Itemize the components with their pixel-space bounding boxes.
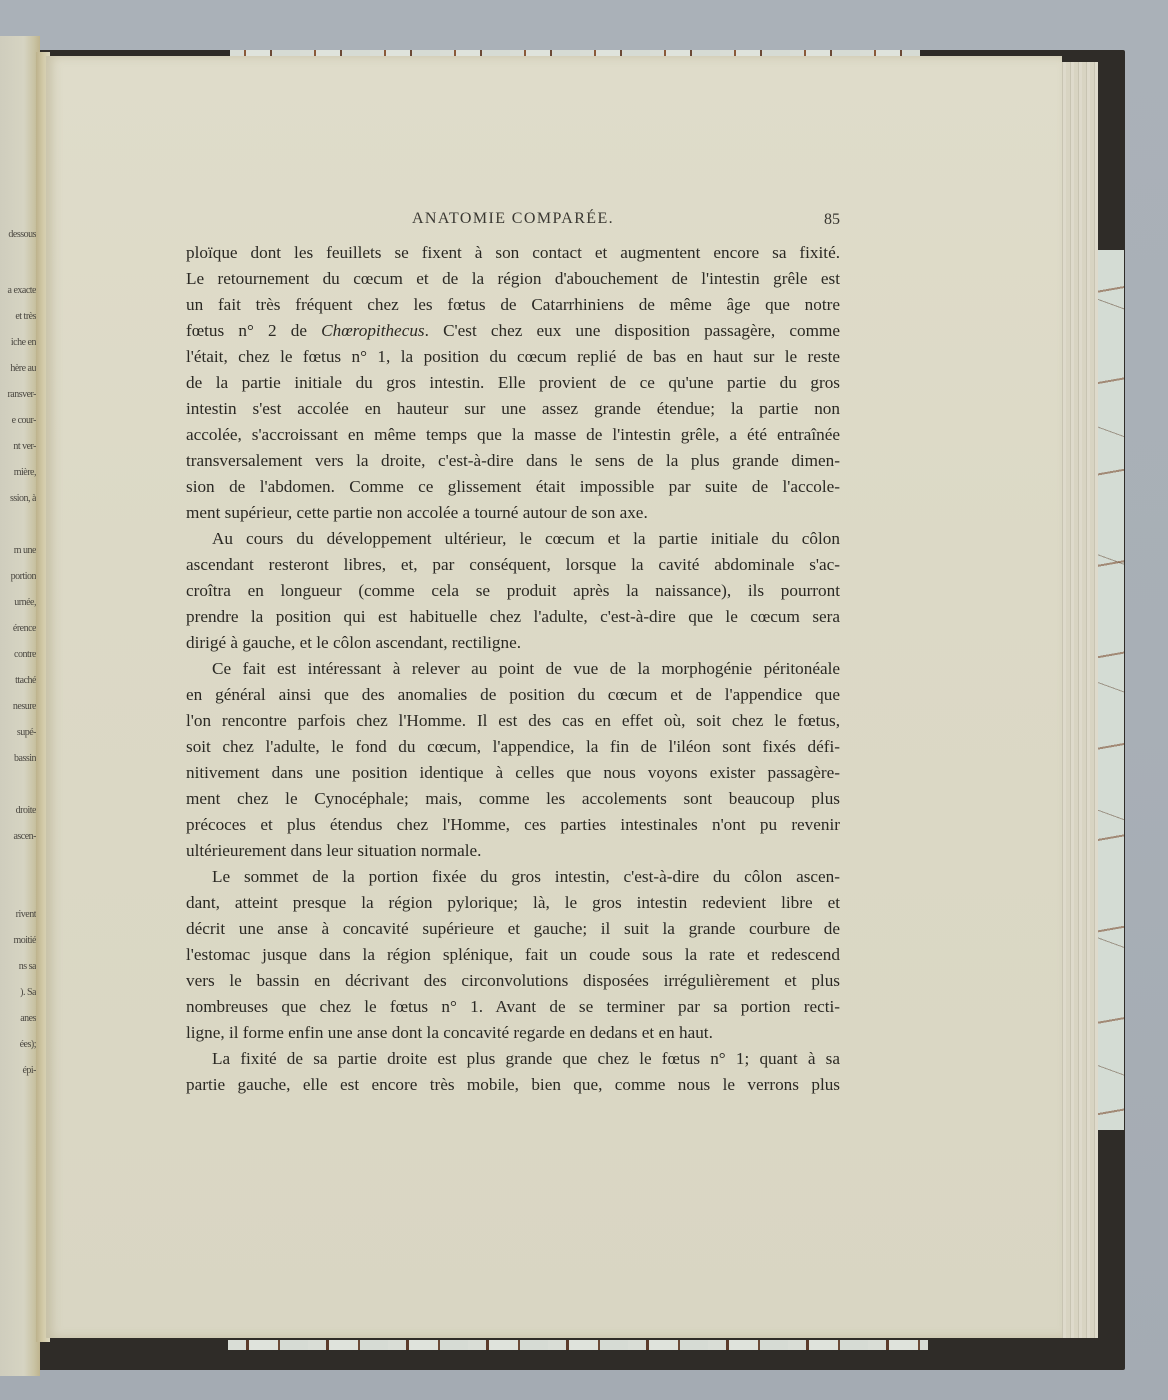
left-page-text-fragment: iche en <box>0 338 36 348</box>
left-page-text-fragment: ttaché <box>0 676 36 686</box>
marbled-edge-right <box>1098 250 1124 1130</box>
text-line: nombreuses que chez le fœtus n° 1. Avant… <box>186 994 840 1020</box>
text-line: vers le bassin en décrivant des circonvo… <box>186 968 840 994</box>
left-page-text-fragment: supé- <box>0 728 36 738</box>
text-line: précoces et plus étendus chez l'Homme, c… <box>186 812 840 838</box>
text-line: nitivement dans une position identique à… <box>186 760 840 786</box>
paragraph: Au cours du développement ultérieur, le … <box>186 526 840 656</box>
text-line: ment chez le Cynocéphale; mais, comme le… <box>186 786 840 812</box>
left-page-text-fragment: et très <box>0 312 36 322</box>
paragraph: La fixité de sa partie droite est plus g… <box>186 1046 840 1098</box>
text-line: dant, atteint presque la région pyloriqu… <box>186 890 840 916</box>
text-line: ment supérieur, cette partie non accolée… <box>186 500 840 526</box>
left-page-text-fragment: dessous <box>0 230 36 240</box>
running-head: ANATOMIE COMPARÉE. 85 <box>186 210 840 232</box>
left-page-text-fragment: urnée, <box>0 598 36 608</box>
text-line: Le retournement du cœcum et de la région… <box>186 266 840 292</box>
text-line: Ce fait est intéressant à relever au poi… <box>186 656 840 682</box>
text-line: prendre la position qui est habituelle c… <box>186 604 840 630</box>
text-line: l'on rencontre parfois chez l'Homme. Il … <box>186 708 840 734</box>
text-line: La fixité de sa partie droite est plus g… <box>186 1046 840 1072</box>
left-page-text-fragment: ascen- <box>0 832 36 842</box>
text-line: Au cours du développement ultérieur, le … <box>186 526 840 552</box>
text-line: soit chez l'adulte, le fond du cœcum, l'… <box>186 734 840 760</box>
paragraph: Le sommet de la portion fixée du gros in… <box>186 864 840 1046</box>
text-line: l'estomac jusque dans la région spléniqu… <box>186 942 840 968</box>
left-page-text-fragment: nt ver- <box>0 442 36 452</box>
genus-name: Chœropithecus <box>321 321 424 340</box>
body-text: ploïque dont les feuillets se fixent à s… <box>186 240 840 1098</box>
left-page-text-fragment: m une <box>0 546 36 556</box>
left-page-text-fragment: ées); <box>0 1040 36 1050</box>
page-number: 85 <box>824 211 840 229</box>
paragraph: ploïque dont les feuillets se fixent à s… <box>186 240 840 526</box>
left-page-text-fragment: hère au <box>0 364 36 374</box>
text-line: croîtra en longueur (comme cela se produ… <box>186 578 840 604</box>
text-line: de la partie initiale du gros intestin. … <box>186 370 840 396</box>
text-line: un fait très fréquent chez les fœtus de … <box>186 292 840 318</box>
marbled-edge-bottom <box>228 1340 928 1350</box>
left-page-text-fragment: ns sa <box>0 962 36 972</box>
text-line: sion de l'abdomen. Comme ce glissement é… <box>186 474 840 500</box>
left-page-text-fragment: érence <box>0 624 36 634</box>
running-title: ANATOMIE COMPARÉE. <box>186 210 840 228</box>
text-line: en général ainsi que des anomalies de po… <box>186 682 840 708</box>
left-page-text-fragment: ssion, à <box>0 494 36 504</box>
text-line: accolée, s'accroissant en même temps que… <box>186 422 840 448</box>
left-page-text-fragment: nesure <box>0 702 36 712</box>
text-line: ligne, il forme enfin une anse dont la c… <box>186 1020 840 1046</box>
left-page-text-fragment: a exacte <box>0 286 36 296</box>
left-page-text-fragment: e cour- <box>0 416 36 426</box>
left-page-text-fragment: mière, <box>0 468 36 478</box>
left-page-text-fragment: portion <box>0 572 36 582</box>
left-page-text-fragment: moitié <box>0 936 36 946</box>
paragraph: Ce fait est intéressant à relever au poi… <box>186 656 840 864</box>
left-page-text-fragment: droite <box>0 806 36 816</box>
left-page-text-fragment: bassin <box>0 754 36 764</box>
text-line: dirigé à gauche, et le côlon ascendant, … <box>186 630 840 656</box>
text-line: ultérieurement dans leur situation norma… <box>186 838 840 864</box>
left-page-text-fragment: anes <box>0 1014 36 1024</box>
left-page-text-fragment: rivent <box>0 910 36 920</box>
text-line: l'était, chez le fœtus n° 1, la position… <box>186 344 840 370</box>
text-line: fœtus n° 2 de Chœropithecus. C'est chez … <box>186 318 840 344</box>
left-page-text-fragment: ). Sa <box>0 988 36 998</box>
left-page-text-fragment: ransver- <box>0 390 36 400</box>
text-line: partie gauche, elle est encore très mobi… <box>186 1072 840 1098</box>
text-line: ascendant resteront libres, et, par cons… <box>186 552 840 578</box>
text-line: intestin s'est accolée en hauteur sur un… <box>186 396 840 422</box>
left-page-text-fragment: épi- <box>0 1066 36 1076</box>
text-line: décrit une anse à concavité supérieure e… <box>186 916 840 942</box>
text-line: ploïque dont les feuillets se fixent à s… <box>186 240 840 266</box>
text-line: Le sommet de la portion fixée du gros in… <box>186 864 840 890</box>
text-line: transversalement vers la droite, c'est-à… <box>186 448 840 474</box>
left-page-text-fragment: contre <box>0 650 36 660</box>
